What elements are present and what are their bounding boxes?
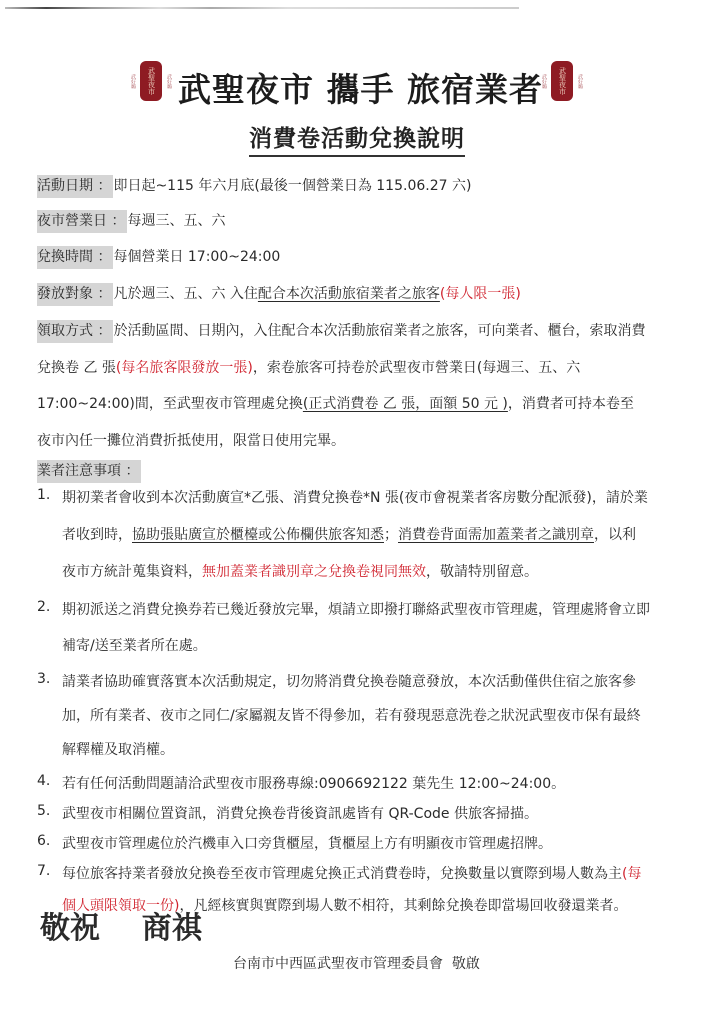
notes-header: 業者注意事項 ： (37, 460, 141, 480)
note-text-part: ，凡經核實與實際到場人數不相符，其剩餘兌換卷即當場回收發還業者。 (179, 898, 627, 914)
collection-line-1: 領取方式 ：於活動區間、日期內，入住配合本次活動旅宿業者之旅客，可向業者、櫃台，… (37, 320, 697, 357)
collection-line-3: 17:00~24:00)間，至武聖夜市管理處兌換(正式消費卷 乙 張，面額 50… (37, 393, 697, 430)
note-text: 期初派送之消費兌換券若已幾近發放完畢，煩請立即撥打聯絡武聖夜市管理處，管理處將會… (37, 599, 697, 635)
voucher-value-note: (正式消費卷 乙 張，面額 50 元 ) (303, 396, 508, 412)
note-number: 4. (37, 773, 61, 789)
collection-line-2: 兌換卷 乙 張(每名旅客限發放一張)，索卷旅客可持卷於武聖夜市營業日(每週三、五… (37, 357, 697, 394)
note-text: 武聖夜市相關位置資訊，消費兌換卷背後資訊處皆有 QR-Code 供旅客掃描。 (37, 803, 697, 833)
note-item-5: 5. 武聖夜市相關位置資訊，消費兌換卷背後資訊處皆有 QR-Code 供旅客掃描… (37, 803, 697, 833)
main-title: 武聖夜市 攜手 旅宿業者 (178, 64, 543, 111)
night-market-seal-icon: 武聖夜市 (140, 61, 162, 101)
note-number: 6. (37, 833, 61, 849)
note-text: 者收到時，協助張貼廣宣於櫃檯或公佈欄供旅客知悉；消費卷背面需加蓋業者之識別章，以… (37, 524, 697, 561)
note-text: 期初業者會收到本次活動廣宣*乙張、消費兌換卷*N 張(夜市會視業者客房數分配派發… (37, 487, 697, 524)
signature: 台南市中西區武聖夜市管理委員會 敬啟 (233, 953, 480, 973)
note-number: 3. (37, 671, 61, 687)
collection-label: 領取方式 ： (37, 320, 113, 343)
note-item-1: 1. 期初業者會收到本次活動廣宣*乙張、消費兌換卷*N 張(夜市會視業者客房數分… (37, 487, 697, 599)
note-text: 夜市方統計蒐集資料，無加蓋業者識別章之兌換卷視同無效，敬請特別留意。 (37, 561, 697, 599)
activity-date-label: 活動日期 ： (37, 175, 113, 198)
activity-date-value: 即日起~115 年六月底(最後一個營業日為 115.06.27 六) (113, 178, 471, 194)
collection-text: 夜市內任一攤位消費折抵使用，限當日使用完畢。 (37, 433, 345, 449)
note-warning: 無加蓋業者識別章之兌換卷視同無效 (202, 564, 426, 580)
target-value: 凡於週三、五、六 入住 (113, 286, 257, 302)
exchange-time-label: 兌換時間 ： (37, 246, 113, 269)
logo-side-text: 武好嗨 (166, 74, 172, 89)
note-number: 7. (37, 863, 61, 879)
note-text: 加，所有業者、夜市之同仁/家屬親友皆不得參加，若有發現惡意洗卷之狀況武聖夜市保有… (37, 705, 697, 739)
collection-method: 領取方式 ：於活動區間、日期內，入住配合本次活動旅宿業者之旅客，可向業者、櫃台，… (37, 320, 697, 466)
note-item-3: 3. 請業者協助確實落實本次活動規定，切勿將消費兌換卷隨意發放，本次活動僅供住宿… (37, 671, 697, 773)
note-item-2: 2. 期初派送之消費兌換券若已幾近發放完畢，煩請立即撥打聯絡武聖夜市管理處，管理… (37, 599, 697, 671)
business-days-label: 夜市營業日 ： (37, 210, 127, 233)
notes-list: 1. 期初業者會收到本次活動廣宣*乙張、消費兌換卷*N 張(夜市會視業者客房數分… (37, 487, 697, 927)
business-days-line: 夜市營業日 ：每週三、五、六 (37, 210, 225, 230)
note-text-part: ，以利 (594, 527, 636, 543)
collection-text: 於活動區間、日期內，入住配合本次活動旅宿業者之旅客，可向業者、櫃台，索取消費 (113, 323, 645, 339)
note-number: 5. (37, 803, 61, 819)
activity-date-line: 活動日期 ：即日起~115 年六月底(最後一個營業日為 115.06.27 六) (37, 175, 471, 195)
logo-left: 武好嗨 武聖夜市 武好嗨 (130, 58, 172, 104)
closing-greeting: 敬祝 商祺 (40, 903, 202, 947)
note-text: 補寄/送至業者所在處。 (37, 635, 697, 671)
note-text: 若有任何活動問題請洽武聖夜市服務專線:0906692122 葉先生 12:00~… (37, 773, 697, 803)
target-label: 發放對象 ： (37, 283, 113, 306)
logo-side-text: 武好嗨 (577, 74, 583, 89)
note-underlined: 消費卷背面需加蓋業者之識別章 (398, 527, 594, 543)
note-text: 武聖夜市管理處位於汽機車入口旁貨櫃屋，貨櫃屋上方有明顯夜市管理處招牌。 (37, 833, 697, 863)
note-warning: (每 (622, 866, 641, 882)
logo-side-text: 武好嗨 (130, 74, 136, 89)
collection-limit-note: (每名旅客限發放一張) (116, 360, 253, 376)
target-underlined: 配合本次活動旅宿業者之旅客 (258, 286, 440, 302)
notes-header-label: 業者注意事項 ： (37, 460, 141, 483)
exchange-time-value: 每個營業日 17:00~24:00 (113, 249, 280, 265)
note-text: 解釋權及取消權。 (37, 739, 697, 773)
target-limit-note: (每人限一張) (440, 286, 521, 302)
collection-text: 兌換卷 乙 張 (37, 360, 116, 376)
document-subtitle: 消費卷活動兌換說明 (249, 120, 465, 157)
logo-side-text: 武好嗨 (541, 74, 547, 89)
note-number: 1. (37, 487, 61, 503)
note-text-part: ，敬請特別留意。 (426, 564, 538, 580)
collection-text: ，消費者可持本卷至 (508, 396, 634, 412)
target-line: 發放對象 ：凡於週三、五、六 入住配合本次活動旅宿業者之旅客(每人限一張) (37, 283, 521, 303)
note-text-part: 者收到時， (62, 527, 132, 543)
business-days-value: 每週三、五、六 (127, 213, 225, 229)
note-text: 每位旅客持業者發放兌換卷至夜市管理處兌換正式消費卷時，兌換數量以實際到場人數為主… (37, 863, 697, 895)
note-text-part: 夜市方統計蒐集資料， (62, 564, 202, 580)
top-scan-rule (5, 7, 519, 9)
note-text-part: 每位旅客持業者發放兌換卷至夜市管理處兌換正式消費卷時，兌換數量以實際到場人數為主 (62, 866, 622, 882)
note-text-part: ； (384, 527, 398, 543)
note-number: 2. (37, 599, 61, 615)
exchange-time-line: 兌換時間 ：每個營業日 17:00~24:00 (37, 246, 280, 266)
note-text: 請業者協助確實落實本次活動規定，切勿將消費兌換卷隨意發放，本次活動僅供住宿之旅客… (37, 671, 697, 705)
note-item-4: 4. 若有任何活動問題請洽武聖夜市服務專線:0906692122 葉先生 12:… (37, 773, 697, 803)
collection-text: 17:00~24:00)間，至武聖夜市管理處兌換 (37, 396, 303, 412)
logo-right: 武好嗨 武聖夜市 武好嗨 (541, 58, 583, 104)
note-underlined: 協助張貼廣宣於櫃檯或公佈欄供旅客知悉 (132, 527, 384, 543)
collection-text: ，索卷旅客可持卷於武聖夜市營業日(每週三、五、六 (253, 360, 580, 376)
document-header: 武好嗨 武聖夜市 武好嗨 武聖夜市 攜手 旅宿業者 武好嗨 武聖夜市 武好嗨 (0, 58, 724, 108)
note-item-6: 6. 武聖夜市管理處位於汽機車入口旁貨櫃屋，貨櫃屋上方有明顯夜市管理處招牌。 (37, 833, 697, 863)
night-market-seal-icon: 武聖夜市 (551, 61, 573, 101)
